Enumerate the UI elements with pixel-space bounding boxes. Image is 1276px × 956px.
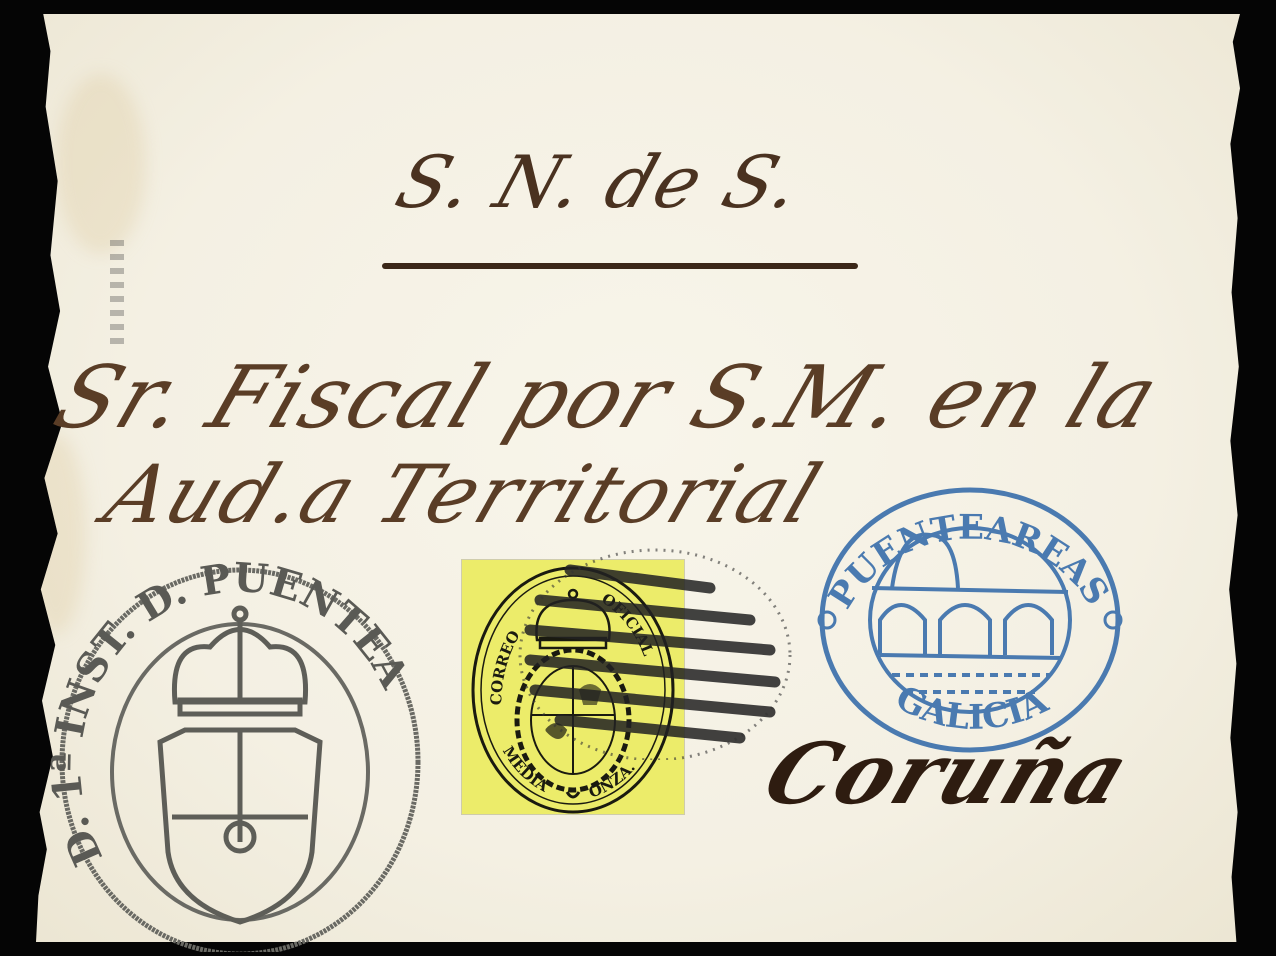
town-postmark-puenteareas: PUENTEAREAS GALICIA [800,480,1140,765]
salutation-underline [382,263,858,269]
fleece-pendant-icon [567,792,579,797]
photo-frame: S. N. de S. Sr. Fiscal por S.M. en la Au… [0,0,1276,956]
faint-pencil-marks [110,240,124,350]
court-seal-stamp: D. 1ª INST. D. PUENTEA [50,552,430,956]
destination-city: Coruña [752,724,1144,823]
bar-cancellation-postmark [480,520,800,765]
salutation-handwriting: S. N. de S. [386,140,813,224]
shield-icon [160,730,320,922]
paper-stain [56,74,146,254]
crown-icon [174,608,305,714]
address-line-1: Sr. Fiscal por S.M. en la [42,348,1173,448]
